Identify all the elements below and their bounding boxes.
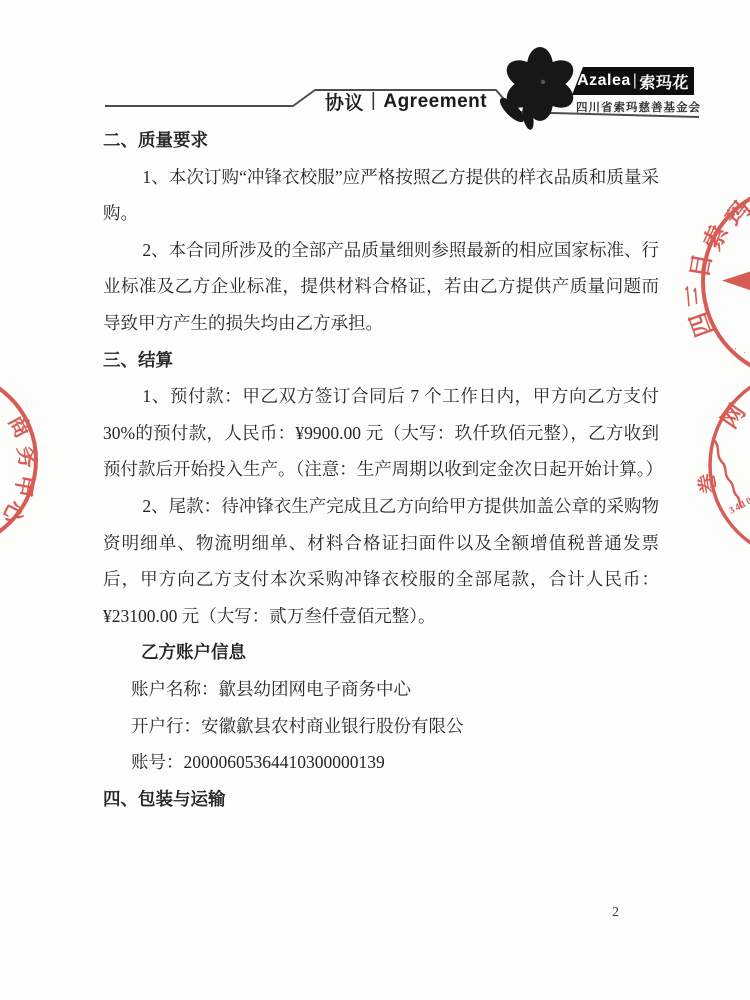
paragraph-balance: 2、尾款：待冲锋衣生产完成且乙方向给甲方提供加盖公章的采购物资明细单、物流明细单… bbox=[103, 488, 659, 634]
page-banner-title: 协议 | Agreement bbox=[314, 89, 498, 114]
svg-text:·: · bbox=[742, 349, 748, 356]
seal-right-middle-icon: 网 巻 3410 bbox=[694, 370, 750, 560]
banner-title-zh: 协议 bbox=[325, 88, 364, 115]
section-heading-packing: 四、包装与运输 bbox=[103, 781, 659, 818]
agreement-document-page: Azalea|索玛花 四川省索玛慈善基金会 协议 | Agreement 二、质… bbox=[0, 0, 750, 1000]
svg-text:·: · bbox=[715, 334, 722, 339]
svg-text:四: 四 bbox=[686, 308, 719, 339]
svg-text:务: 务 bbox=[13, 445, 40, 470]
svg-text:三: 三 bbox=[684, 283, 712, 309]
page-number: 2 bbox=[612, 905, 619, 921]
brand-name-zh: 索玛花 bbox=[639, 70, 689, 93]
seal-right-top-icon: 玛 索 目 三 四 · · · · · bbox=[684, 185, 750, 379]
paragraph-quality-1: 1、本次订购“冲锋衣校服”应严格按照乙方提供的样衣品质和质量采购。 bbox=[103, 159, 659, 232]
svg-text:·: · bbox=[733, 345, 740, 351]
seal-left-icon: 商 务 甲 心 bbox=[0, 372, 41, 548]
banner-title-en: Agreement bbox=[383, 91, 487, 113]
svg-text:目: 目 bbox=[686, 252, 717, 280]
section-heading-settlement: 三、结算 bbox=[103, 342, 659, 379]
subheading-account-info: 乙方账户信息 bbox=[103, 634, 659, 671]
brand-badge: Azalea|索玛花 bbox=[572, 67, 694, 95]
svg-text:心: 心 bbox=[0, 497, 30, 529]
svg-text:·: · bbox=[707, 327, 714, 332]
paragraph-quality-2: 2、本合同所涉及的全部产品质量细则参照最新的相应国家标准、行业标准及乙方企业标准… bbox=[103, 232, 659, 342]
account-name-line: 账户名称：歙县幼团网电子商务中心 bbox=[103, 671, 659, 708]
svg-text:索: 索 bbox=[699, 222, 733, 255]
svg-text:网: 网 bbox=[717, 400, 750, 433]
svg-text:巻: 巻 bbox=[694, 471, 721, 495]
svg-text:3410: 3410 bbox=[727, 495, 750, 517]
banner-title-divider: | bbox=[371, 90, 376, 112]
brand-name-en: Azalea bbox=[577, 72, 631, 90]
section-heading-quality: 二、质量要求 bbox=[103, 122, 659, 159]
bank-line: 开户行：安徽歙县农村商业银行股份有限公 bbox=[103, 708, 659, 745]
svg-text:甲: 甲 bbox=[10, 473, 38, 499]
svg-text:玛: 玛 bbox=[721, 196, 750, 232]
contract-body: 二、质量要求 1、本次订购“冲锋衣校服”应严格按照乙方提供的样衣品质和质量采购。… bbox=[103, 122, 659, 817]
organization-name: 四川省索玛慈善基金会 bbox=[576, 99, 702, 115]
svg-text:商: 商 bbox=[4, 411, 36, 442]
svg-text:·: · bbox=[724, 340, 731, 346]
paragraph-prepayment: 1、预付款：甲乙双方签订合同后 7 个工作日内，甲方向乙方支付 30%的预付款，… bbox=[103, 378, 659, 488]
brand-divider: | bbox=[633, 72, 638, 90]
account-number-line: 账号：20000605364410300000139 bbox=[103, 744, 659, 781]
azalea-flower-icon bbox=[496, 47, 578, 131]
